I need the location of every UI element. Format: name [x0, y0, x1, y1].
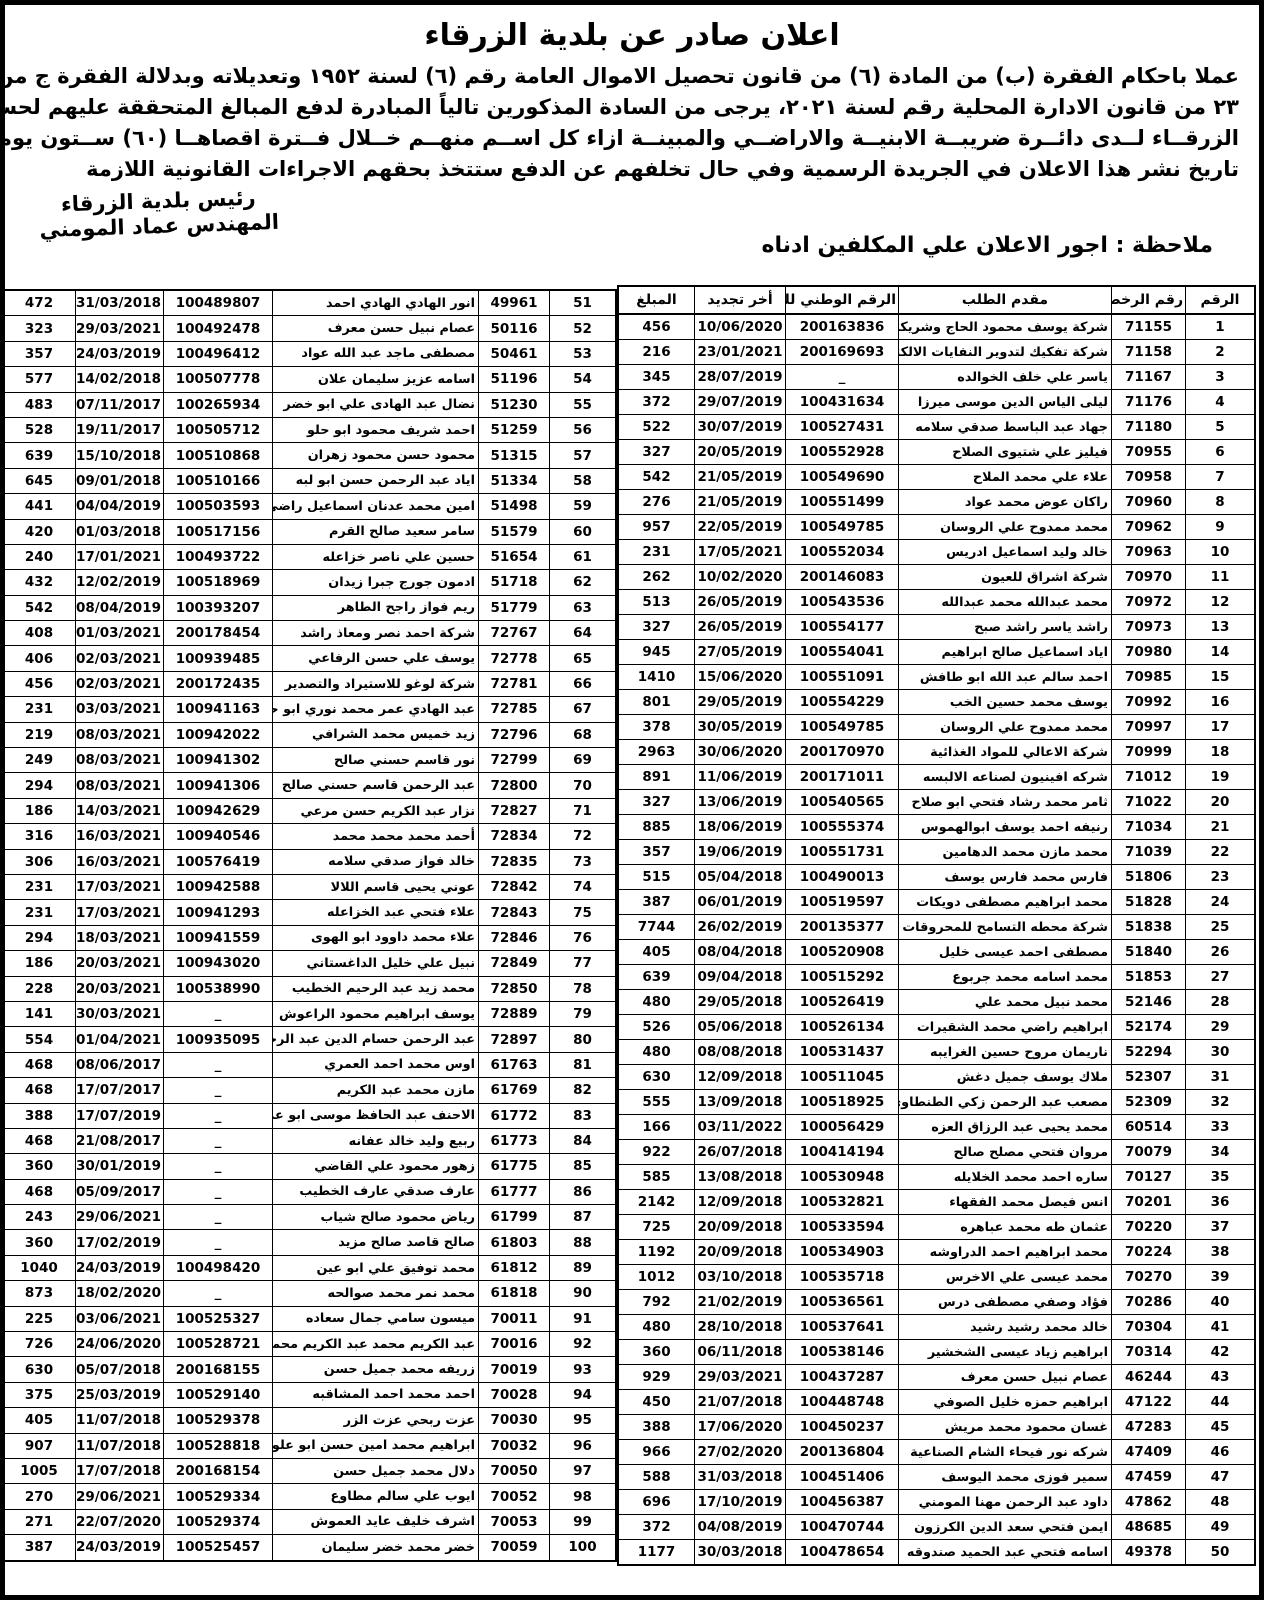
cell-national-number: 100538146 [786, 1340, 899, 1365]
cell-license-number: 70972 [1112, 590, 1186, 615]
table-row: 4747459سمير فوزى محمد اليوسف10045140631/… [618, 1465, 1255, 1490]
cell-license-number: 70224 [1112, 1240, 1186, 1265]
cell-license-number: 72889 [479, 1001, 550, 1026]
cell-license-number: 51334 [479, 468, 550, 493]
cell-amount: 388 [2, 1103, 76, 1128]
cell-row-number: 22 [1186, 840, 1256, 865]
cell-amount: 513 [618, 590, 695, 615]
cell-amount: 483 [2, 392, 76, 417]
cell-applicant-name: ايمن فتحي سعد الدين الكرزون [899, 1515, 1112, 1540]
cell-applicant-name: راشد ياسر راشد صبح [899, 615, 1112, 640]
cell-amount: 231 [2, 900, 76, 925]
cell-last-renewal: 01/04/2021 [76, 1027, 164, 1052]
cell-national-number: 100056429 [786, 1115, 899, 1140]
cell-last-renewal: 20/09/2018 [695, 1215, 786, 1240]
cell-amount: 1012 [618, 1265, 695, 1290]
cell-last-renewal: 27/02/2020 [695, 1440, 786, 1465]
cell-license-number: 70220 [1112, 1215, 1186, 1240]
cell-license-number: 71155 [1112, 314, 1186, 340]
cell-last-renewal: 17/06/2020 [695, 1415, 786, 1440]
cell-row-number: 42 [1186, 1340, 1256, 1365]
cell-last-renewal: 20/05/2019 [695, 440, 786, 465]
cell-applicant-name: ريم فواز راجح الطاهر [273, 595, 479, 620]
cell-applicant-name: خالد فواز صدقي سلامه [273, 849, 479, 874]
cell-row-number: 75 [550, 900, 617, 925]
cell-license-number: 61812 [479, 1255, 550, 1280]
cell-amount: 405 [2, 1408, 76, 1433]
cell-amount: 696 [618, 1490, 695, 1515]
cell-license-number: 71034 [1112, 815, 1186, 840]
cell-row-number: 100 [550, 1535, 617, 1561]
cell-applicant-name: انور الهادي الهادي احمد [273, 290, 479, 316]
cell-amount: 360 [2, 1154, 76, 1179]
cell-applicant-name: عارف صدقي عارف الخطيب [273, 1179, 479, 1204]
announcement-page: اعلان صادر عن بلدية الزرقاء عملا باحكام … [0, 0, 1264, 1600]
cell-national-number: 200146083 [786, 565, 899, 590]
cell-last-renewal: 30/03/2018 [695, 1540, 786, 1566]
cell-last-renewal: 21/07/2018 [695, 1390, 786, 1415]
table-row: 5451196اسامه عزيز سليمان علان10050777814… [2, 367, 616, 392]
table-row: 1070963خالد وليد اسماعيل ادريس1005520341… [618, 540, 1255, 565]
cell-license-number: 70270 [1112, 1265, 1186, 1290]
cell-last-renewal: 03/11/2022 [695, 1115, 786, 1140]
cell-national-number: 100498420 [164, 1255, 273, 1280]
cell-national-number: 100942588 [164, 874, 273, 899]
cell-last-renewal: 17/07/2019 [76, 1103, 164, 1128]
cell-amount: 468 [2, 1128, 76, 1153]
cell-license-number: 52309 [1112, 1090, 1186, 1115]
cell-row-number: 60 [550, 519, 617, 544]
table-row: 5250116عصام نبيل حسن معرف10049247829/03/… [2, 316, 616, 341]
cell-national-number: 100493722 [164, 544, 273, 569]
column-header: أخر تجديد [695, 286, 786, 314]
cell-last-renewal: 26/05/2019 [695, 615, 786, 640]
cell-license-number: 52307 [1112, 1065, 1186, 1090]
table-row: 2852146محمد نبيل محمد علي10052641929/05/… [618, 990, 1255, 1015]
cell-license-number: 49378 [1112, 1540, 1186, 1566]
cell-applicant-name: شركة لوغو للاستيراد والتصدير [273, 671, 479, 696]
cell-last-renewal: 08/03/2021 [76, 773, 164, 798]
page-title: اعلان صادر عن بلدية الزرقاء [5, 17, 1259, 55]
cell-row-number: 19 [1186, 765, 1256, 790]
cell-license-number: 72778 [479, 646, 550, 671]
cell-amount: 345 [618, 365, 695, 390]
cell-row-number: 24 [1186, 890, 1256, 915]
table-row: 7972889يوسف ابراهيم محمود الراعوش_30/03/… [2, 1001, 616, 1026]
cell-last-renewal: 21/02/2019 [695, 1290, 786, 1315]
cell-license-number: 61799 [479, 1205, 550, 1230]
cell-amount: 542 [2, 595, 76, 620]
table-row: 2451828محمد ابراهيم مصطفى دويكات10051959… [618, 890, 1255, 915]
cell-applicant-name: أحمد محمد محمد محمد [273, 824, 479, 849]
cell-license-number: 72800 [479, 773, 550, 798]
cell-license-number: 70019 [479, 1357, 550, 1382]
cell-national-number: 100554041 [786, 640, 899, 665]
table-row: 3360514محمد يحيى عبد الرزاق العزه1000564… [618, 1115, 1255, 1140]
cell-row-number: 40 [1186, 1290, 1256, 1315]
cell-row-number: 38 [1186, 1240, 1256, 1265]
table-row: 4170304خالد محمد رشيد رشيد10053764128/10… [618, 1315, 1255, 1340]
cell-last-renewal: 26/02/2019 [695, 915, 786, 940]
cell-row-number: 46 [1186, 1440, 1256, 1465]
cell-amount: 1192 [618, 1240, 695, 1265]
table-row: 2551838شركة محطه التسامح للمحروقات200135… [618, 915, 1255, 940]
table-row: 3970270محمد عيسى علي الاخرس10053571803/1… [618, 1265, 1255, 1290]
cell-applicant-name: صالح قاصد صالح مزيد [273, 1230, 479, 1255]
cell-row-number: 25 [1186, 915, 1256, 940]
cell-last-renewal: 29/07/2019 [695, 390, 786, 415]
cell-license-number: 70958 [1112, 465, 1186, 490]
table-row: 571180جهاد عبد الباسط صدقي سلامه10052743… [618, 415, 1255, 440]
cell-amount: 945 [618, 640, 695, 665]
cell-applicant-name: خالد محمد رشيد رشيد [899, 1315, 1112, 1340]
cell-license-number: 71176 [1112, 390, 1186, 415]
cell-row-number: 63 [550, 595, 617, 620]
table-row: 1470980اياد اسماعيل صالح ابراهيم10055404… [618, 640, 1255, 665]
cell-last-renewal: 24/03/2019 [76, 1535, 164, 1561]
cell-applicant-name: محمد زيد عبد الرحيم الخطيب [273, 976, 479, 1001]
cell-amount: 801 [618, 690, 695, 715]
cell-last-renewal: 09/01/2018 [76, 468, 164, 493]
cell-last-renewal: 19/06/2019 [695, 840, 786, 865]
table-row: 10070059خضر محمد خضر سليمان10052545724/0… [2, 1535, 616, 1561]
cell-national-number: 100529374 [164, 1509, 273, 1534]
cell-amount: 270 [2, 1484, 76, 1509]
table-row: 3870224محمد ابراهيم احمد الدراوشه1005349… [618, 1240, 1255, 1265]
cell-license-number: 70053 [479, 1509, 550, 1534]
cell-license-number: 71012 [1112, 765, 1186, 790]
cell-row-number: 88 [550, 1230, 617, 1255]
cell-national-number: 100519597 [786, 890, 899, 915]
cell-national-number: 100529140 [164, 1382, 273, 1407]
table-row: 6972799نور قاسم حسني صالح10094130208/03/… [2, 748, 616, 773]
table-row: 3252309مصعب عبد الرحمن زكي الطنطاوى10051… [618, 1090, 1255, 1115]
cell-row-number: 8 [1186, 490, 1256, 515]
cell-last-renewal: 28/07/2019 [695, 365, 786, 390]
cell-amount: 406 [2, 646, 76, 671]
table-row: 9270016عبد الكريم محمد عبد الكريم محمد10… [2, 1332, 616, 1357]
cell-license-number: 70079 [1112, 1140, 1186, 1165]
cell-national-number: 100554177 [786, 615, 899, 640]
cell-amount: 922 [618, 1140, 695, 1165]
cell-row-number: 84 [550, 1128, 617, 1153]
cell-license-number: 70030 [479, 1408, 550, 1433]
cell-last-renewal: 06/01/2019 [695, 890, 786, 915]
cell-amount: 522 [618, 415, 695, 440]
cell-applicant-name: عصام نبيل حسن معرف [899, 1365, 1112, 1390]
header-row: الرقمرقم الرخصةمقدم الطلبالرقم الوطني لل… [618, 286, 1255, 314]
cell-amount: 472 [2, 290, 76, 316]
cell-applicant-name: شركه افينيون لصناعه الالبسه [899, 765, 1112, 790]
cell-row-number: 91 [550, 1306, 617, 1331]
table-row: 1971012شركه افينيون لصناعه الالبسه200171… [618, 765, 1255, 790]
cell-row-number: 14 [1186, 640, 1256, 665]
cell-row-number: 5 [1186, 415, 1256, 440]
cell-row-number: 45 [1186, 1415, 1256, 1440]
cell-applicant-name: ابراهيم حمزه خليل الصوفي [899, 1390, 1112, 1415]
cell-amount: 357 [618, 840, 695, 865]
cell-national-number: 100942629 [164, 798, 273, 823]
cell-last-renewal: 30/06/2020 [695, 740, 786, 765]
table-row: 8861803صالح قاصد صالح مزيد_17/02/2019360 [2, 1230, 616, 1255]
cell-row-number: 21 [1186, 815, 1256, 840]
cell-amount: 327 [618, 440, 695, 465]
cell-row-number: 26 [1186, 940, 1256, 965]
cell-last-renewal: 04/04/2019 [76, 494, 164, 519]
cell-row-number: 97 [550, 1458, 617, 1483]
cell-national-number: 100555374 [786, 815, 899, 840]
cell-license-number: 61818 [479, 1281, 550, 1306]
cell-row-number: 4 [1186, 390, 1256, 415]
cell-row-number: 10 [1186, 540, 1256, 565]
cell-last-renewal: 26/07/2018 [695, 1140, 786, 1165]
cell-national-number: 100510166 [164, 468, 273, 493]
cell-row-number: 23 [1186, 865, 1256, 890]
cell-row-number: 51 [550, 290, 617, 316]
cell-applicant-name: فؤاد وصفي مصطفى درس [899, 1290, 1112, 1315]
cell-license-number: 61763 [479, 1052, 550, 1077]
cell-amount: 528 [2, 417, 76, 442]
cell-national-number: 100529378 [164, 1408, 273, 1433]
cell-applicant-name: مصطفى ماجد عبد الله عواد [273, 341, 479, 366]
cell-applicant-name: محمد نبيل محمد علي [899, 990, 1112, 1015]
cell-license-number: 72846 [479, 925, 550, 950]
table-row: 5049378اسامه فتحي عبد الحميد صندوقه10047… [618, 1540, 1255, 1566]
cell-license-number: 70304 [1112, 1315, 1186, 1340]
column-header: الرقم الوطني للمنشاه [786, 286, 899, 314]
cell-license-number: 70011 [479, 1306, 550, 1331]
cell-amount: 441 [2, 494, 76, 519]
cell-row-number: 79 [550, 1001, 617, 1026]
table-row: 1570985احمد سالم عبد الله ابو طافش100551… [618, 665, 1255, 690]
cell-amount: 387 [618, 890, 695, 915]
cell-national-number: 100940546 [164, 824, 273, 849]
table-row: 1270972محمد عبدالله محمد عبدالله10054353… [618, 590, 1255, 615]
cell-applicant-name: محمد توفيق علي ابو عين [273, 1255, 479, 1280]
cell-row-number: 13 [1186, 615, 1256, 640]
table-row: 1170970شركة اشراق للعيون20014608310/02/2… [618, 565, 1255, 590]
cell-last-renewal: 30/01/2019 [76, 1154, 164, 1179]
cell-amount: 639 [2, 443, 76, 468]
cell-applicant-name: محمود حسن محمود زهران [273, 443, 479, 468]
cell-amount: 526 [618, 1015, 695, 1040]
cell-amount: 262 [618, 565, 695, 590]
cell-last-renewal: 17/03/2021 [76, 874, 164, 899]
table-row: 271158شركة تفكيك لتدوير النفايات الالكتر… [618, 340, 1255, 365]
table-row: 1770997محمد ممدوح علي الروسان10054978530… [618, 715, 1255, 740]
cell-row-number: 1 [1186, 314, 1256, 340]
cell-national-number: _ [164, 1205, 273, 1230]
table-row: 7172827نزار عبد الكريم حسن مرعي100942629… [2, 798, 616, 823]
cell-last-renewal: 02/03/2021 [76, 671, 164, 696]
cell-row-number: 99 [550, 1509, 617, 1534]
cell-applicant-name: عوني يحيى قاسم اللالا [273, 874, 479, 899]
cell-license-number: 70127 [1112, 1165, 1186, 1190]
cell-amount: 408 [2, 621, 76, 646]
cell-last-renewal: 08/04/2018 [695, 940, 786, 965]
cell-applicant-name: علاء علي محمد الملاح [899, 465, 1112, 490]
table-row: 2751853محمد اسامه محمد جربوع10051529209/… [618, 965, 1255, 990]
cell-license-number: 70973 [1112, 615, 1186, 640]
cell-national-number: _ [164, 1154, 273, 1179]
cell-last-renewal: 17/01/2021 [76, 544, 164, 569]
cell-last-renewal: 11/07/2018 [76, 1408, 164, 1433]
cell-last-renewal: 08/08/2018 [695, 1040, 786, 1065]
cell-license-number: 70970 [1112, 565, 1186, 590]
cell-amount: 294 [2, 773, 76, 798]
cell-license-number: 70059 [479, 1535, 550, 1561]
cell-applicant-name: اياد عبد الرحمن حسن ابو لبه [273, 468, 479, 493]
cell-national-number: 100492478 [164, 316, 273, 341]
cell-last-renewal: 05/07/2018 [76, 1357, 164, 1382]
cell-applicant-name: رياض محمود صالح شياب [273, 1205, 479, 1230]
cell-national-number: 100489807 [164, 290, 273, 316]
cell-license-number: 71167 [1112, 365, 1186, 390]
cell-applicant-name: ابراهيم محمد امين حسن ابو علول [273, 1433, 479, 1458]
cell-license-number: 70050 [479, 1458, 550, 1483]
cell-row-number: 32 [1186, 1090, 1256, 1115]
cell-last-renewal: 13/06/2019 [695, 790, 786, 815]
cell-row-number: 76 [550, 925, 617, 950]
table-row: 6572778يوسف علي حسن الرفاعي10093948502/0… [2, 646, 616, 671]
cell-national-number: _ [164, 1052, 273, 1077]
cell-national-number: 100529334 [164, 1484, 273, 1509]
cell-last-renewal: 29/05/2018 [695, 990, 786, 1015]
cell-license-number: 52294 [1112, 1040, 1186, 1065]
cell-national-number: 100450237 [786, 1415, 899, 1440]
cell-row-number: 74 [550, 874, 617, 899]
cell-national-number: 100526419 [786, 990, 899, 1015]
cell-applicant-name: سامر سعيد صالح القرم [273, 519, 479, 544]
cell-applicant-name: الاحنف عبد الحافظ موسى ابو عميره [273, 1103, 479, 1128]
cell-applicant-name: خضر محمد خضر سليمان [273, 1535, 479, 1561]
cell-row-number: 62 [550, 570, 617, 595]
cell-last-renewal: 05/04/2018 [695, 865, 786, 890]
table-row: 371167ياسر علي خلف الخوالده_28/07/201934… [618, 365, 1255, 390]
table-row: 7672846علاء محمد داوود ابو الهوى10094155… [2, 925, 616, 950]
cell-amount: 555 [618, 1090, 695, 1115]
cell-amount: 271 [2, 1509, 76, 1534]
cell-applicant-name: داود عبد الرحمن مهنا المومني [899, 1490, 1112, 1515]
table-row: 471176ليلى الياس الدين موسى ميرزا1004316… [618, 390, 1255, 415]
cell-national-number: _ [164, 1001, 273, 1026]
cell-row-number: 90 [550, 1281, 617, 1306]
cell-applicant-name: محمد ممدوح علي الروسان [899, 715, 1112, 740]
cell-last-renewal: 03/06/2021 [76, 1306, 164, 1331]
announcement-body: عملا باحكام الفقرة (ب) من المادة (٦) من … [25, 61, 1239, 185]
cell-amount: 588 [618, 1465, 695, 1490]
cell-amount: 231 [2, 874, 76, 899]
cell-applicant-name: اشرف خليف عايد العموش [273, 1509, 479, 1534]
cell-row-number: 34 [1186, 1140, 1256, 1165]
cell-license-number: 72897 [479, 1027, 550, 1052]
cell-last-renewal: 24/06/2020 [76, 1332, 164, 1357]
table-row: 8361772الاحنف عبد الحافظ موسى ابو عميره_… [2, 1103, 616, 1128]
cell-license-number: 48685 [1112, 1515, 1186, 1540]
cell-last-renewal: 08/03/2021 [76, 748, 164, 773]
cell-applicant-name: خالد وليد اسماعيل ادريس [899, 540, 1112, 565]
table-row: 9470028احمد محمد احمد المشاقبه1005291402… [2, 1382, 616, 1407]
cell-license-number: 71022 [1112, 790, 1186, 815]
cell-license-number: 61772 [479, 1103, 550, 1128]
cell-row-number: 33 [1186, 1115, 1256, 1140]
cell-last-renewal: 20/09/2018 [695, 1240, 786, 1265]
cell-row-number: 11 [1186, 565, 1256, 590]
cell-license-number: 51315 [479, 443, 550, 468]
table-row: 4270314ابراهيم زياد عيسى الشخشير10053814… [618, 1340, 1255, 1365]
cell-national-number: 100543536 [786, 590, 899, 615]
table-row: 4948685ايمن فتحي سعد الدين الكرزون100470… [618, 1515, 1255, 1540]
cell-row-number: 41 [1186, 1315, 1256, 1340]
cell-applicant-name: ملاك يوسف جميل دغش [899, 1065, 1112, 1090]
cell-license-number: 51779 [479, 595, 550, 620]
cell-applicant-name: جهاد عبد الباسط صدقي سلامه [899, 415, 1112, 440]
table-row: 7872850محمد زيد عبد الرحيم الخطيب1005389… [2, 976, 616, 1001]
cell-license-number: 52174 [1112, 1015, 1186, 1040]
tables-area: الرقمرقم الرخصةمقدم الطلبالرقم الوطني لل… [5, 285, 1259, 1566]
cell-applicant-name: اوس محمد احمد العمري [273, 1052, 479, 1077]
cell-amount: 405 [618, 940, 695, 965]
cell-row-number: 95 [550, 1408, 617, 1433]
cell-amount: 891 [618, 765, 695, 790]
table-row: 3770220عثمان طه محمد عباهره10053359420/0… [618, 1215, 1255, 1240]
cell-row-number: 83 [550, 1103, 617, 1128]
table-row: 6872796زيد خميس محمد الشرافي10094202208/… [2, 722, 616, 747]
cell-row-number: 68 [550, 722, 617, 747]
cell-national-number: _ [164, 1128, 273, 1153]
cell-national-number: _ [164, 1230, 273, 1255]
cell-applicant-name: ليلى الياس الدين موسى ميرزا [899, 390, 1112, 415]
cell-amount: 357 [2, 341, 76, 366]
cell-last-renewal: 08/04/2019 [76, 595, 164, 620]
cell-national-number: 200163836 [786, 314, 899, 340]
cell-last-renewal: 17/10/2019 [695, 1490, 786, 1515]
cell-amount: 468 [2, 1052, 76, 1077]
cell-row-number: 86 [550, 1179, 617, 1204]
cell-license-number: 47283 [1112, 1415, 1186, 1440]
cell-national-number: 100505712 [164, 417, 273, 442]
cell-license-number: 72799 [479, 748, 550, 773]
cell-amount: 726 [2, 1332, 76, 1357]
cell-license-number: 70028 [479, 1382, 550, 1407]
cell-row-number: 58 [550, 468, 617, 493]
cell-amount: 316 [2, 824, 76, 849]
cell-amount: 456 [2, 671, 76, 696]
cell-national-number: 100520908 [786, 940, 899, 965]
cell-applicant-name: محمد مازن محمد الدهامين [899, 840, 1112, 865]
cell-applicant-name: محمد عبدالله محمد عبدالله [899, 590, 1112, 615]
table-row: 770958علاء علي محمد الملاح10054969021/05… [618, 465, 1255, 490]
cell-amount: 372 [618, 1515, 695, 1540]
cell-row-number: 31 [1186, 1065, 1256, 1090]
cell-amount: 276 [618, 490, 695, 515]
column-header: رقم الرخصة [1112, 286, 1186, 314]
cell-row-number: 50 [1186, 1540, 1256, 1566]
cell-license-number: 70955 [1112, 440, 1186, 465]
table-row: 1870999شركة الاعالي للمواد الغذائية20017… [618, 740, 1255, 765]
table-row: 9570030عزت ربحي عزت الزر10052937811/07/2… [2, 1408, 616, 1433]
cell-row-number: 65 [550, 646, 617, 671]
table-row: 5751315محمود حسن محمود زهران10051086815/… [2, 443, 616, 468]
table-row: 4647409شركه نور فيحاء الشام الصناعية2001… [618, 1440, 1255, 1465]
cell-applicant-name: دلال محمد جميل حسن [273, 1458, 479, 1483]
cell-national-number: 100551499 [786, 490, 899, 515]
cell-license-number: 51853 [1112, 965, 1186, 990]
cell-amount: 966 [618, 1440, 695, 1465]
cell-national-number: _ [786, 365, 899, 390]
cell-license-number: 51840 [1112, 940, 1186, 965]
cell-last-renewal: 02/03/2021 [76, 646, 164, 671]
